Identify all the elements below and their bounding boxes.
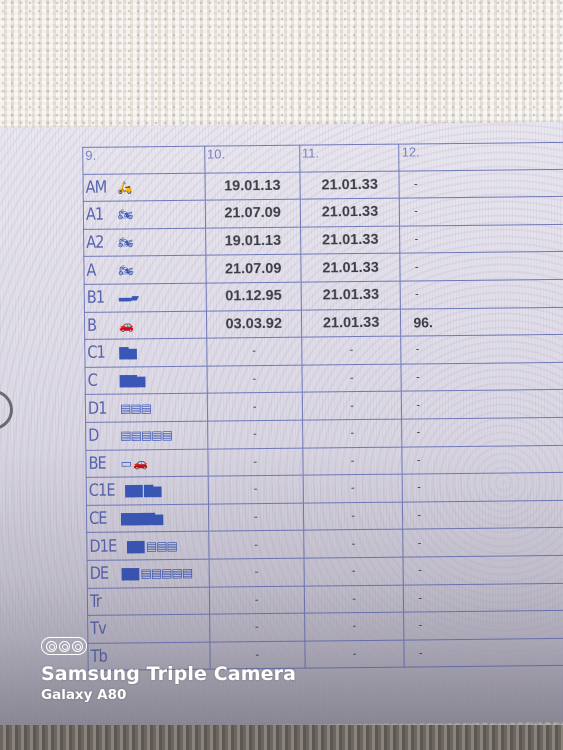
lens-icon <box>59 641 70 652</box>
motorcycle-icon: 🏍 <box>118 263 132 277</box>
category-cell: A2🏍 <box>84 228 206 257</box>
category-cell: A1🏍 <box>83 200 205 229</box>
valid-from-cell: - <box>207 365 302 394</box>
restrictions-cell: - <box>401 334 563 364</box>
restrictions-cell: - <box>400 196 563 226</box>
minibus-icon: ▤▤▤ <box>120 401 151 415</box>
valid-until-cell: 21.01.33 <box>300 171 400 200</box>
category-code: BE <box>88 453 110 473</box>
valid-from-cell: - <box>209 586 304 615</box>
category-code: C1E <box>89 481 115 501</box>
category-cell: D▤▤▤▤▤ <box>86 421 208 450</box>
category-cell: D1E▇▇ ▤▤▤ <box>87 531 209 560</box>
valid-from-cell: 03.03.92 <box>206 310 301 339</box>
valid-from-cell: - <box>207 392 302 421</box>
valid-until-cell: - <box>302 419 402 448</box>
category-code: B <box>87 316 109 336</box>
category-cell: CE▇▇▇▇▆ <box>86 504 208 533</box>
lens-icon <box>72 641 83 652</box>
category-cell: C▇▇▆ <box>85 366 207 395</box>
truck-trailer-icon: ▇▇▇▇▆ <box>121 511 162 525</box>
category-code: AM <box>86 178 108 198</box>
valid-until-cell: - <box>304 612 404 641</box>
category-code: D1 <box>88 398 110 418</box>
restrictions-cell: 96. <box>401 307 563 337</box>
valid-from-cell: - <box>207 420 302 449</box>
motorcycle-icon: 🏍 <box>118 235 132 249</box>
categories-table: 9. 10. 11. 12. AM🛵19.01.1321.01.33-A1🏍21… <box>82 142 563 672</box>
surface-edge <box>0 725 563 750</box>
restrictions-cell: - <box>403 500 563 530</box>
bus-icon: ▤▤▤▤▤ <box>120 428 172 443</box>
restrictions-cell: - <box>402 417 563 447</box>
category-code: D <box>88 426 110 446</box>
category-code: C <box>88 371 110 391</box>
triple-camera-icon <box>41 637 87 655</box>
category-code: Tr <box>90 591 112 611</box>
category-code: A1 <box>86 205 108 225</box>
camera-watermark: Samsung Triple Camera Galaxy A80 <box>41 637 296 703</box>
restrictions-cell: - <box>403 527 563 557</box>
valid-from-cell: - <box>208 475 303 504</box>
restrictions-cell: - <box>401 362 563 392</box>
category-cell: DE▇▇ ▤▤▤▤▤ <box>87 559 209 588</box>
car-icon: 🚗 <box>119 318 133 332</box>
restrictions-cell: - <box>403 555 563 585</box>
restrictions-cell: - <box>402 445 563 475</box>
category-cell: AM🛵 <box>83 173 205 202</box>
header-col-12: 12. <box>399 142 563 171</box>
quad-vehicle-icon: ▬▰ <box>119 291 138 305</box>
restrictions-cell: - <box>404 582 563 612</box>
valid-until-cell: - <box>303 474 403 503</box>
category-cell: B1▬▰ <box>84 283 206 312</box>
category-cell: C1E▇▇ ▇▆ <box>86 476 208 505</box>
category-cell: Tr <box>87 587 209 616</box>
valid-until-cell: - <box>303 447 403 476</box>
category-code: DE <box>90 564 112 584</box>
valid-until-cell: - <box>304 557 404 586</box>
valid-until-cell: - <box>304 585 404 614</box>
valid-from-cell: - <box>208 530 303 559</box>
valid-from-cell: 19.01.13 <box>205 172 300 201</box>
watermark-subtitle: Galaxy A80 <box>41 687 296 703</box>
valid-until-cell: 21.01.33 <box>301 309 401 338</box>
restrictions-cell: - <box>403 472 563 502</box>
restrictions-cell: - <box>402 389 563 419</box>
car-trailer-icon: ▭ 🚗 <box>120 456 147 470</box>
valid-from-cell: - <box>208 448 303 477</box>
category-cell: D1▤▤▤ <box>85 393 207 422</box>
light-truck-trailer-icon: ▇▇ ▇▆ <box>125 484 160 498</box>
restrictions-cell: - <box>404 610 563 640</box>
bus-trailer-icon: ▇▇ ▤▤▤▤▤ <box>122 566 193 581</box>
valid-until-cell: 21.01.33 <box>300 226 400 255</box>
valid-until-cell: - <box>302 364 402 393</box>
light-motorcycle-icon: 🏍 <box>118 208 132 222</box>
valid-until-cell: - <box>302 391 402 420</box>
category-code: C1 <box>87 343 109 363</box>
category-cell: C1▇▆ <box>85 338 207 367</box>
valid-from-cell: - <box>209 558 304 587</box>
category-code: CE <box>89 509 111 529</box>
category-cell: A🏍 <box>84 256 206 285</box>
restrictions-cell: - <box>400 251 563 281</box>
category-code: A2 <box>86 233 108 253</box>
category-cell: B🚗 <box>84 311 206 340</box>
valid-from-cell: - <box>206 337 301 366</box>
header-col-11: 11. <box>299 144 399 172</box>
header-col-9: 9. <box>83 146 205 174</box>
category-cell: BE▭ 🚗 <box>86 449 208 478</box>
watermark-title: Samsung Triple Camera <box>41 663 296 685</box>
valid-from-cell: 19.01.13 <box>205 227 300 256</box>
restrictions-cell: - <box>400 224 563 254</box>
valid-until-cell: - <box>303 502 403 531</box>
restrictions-cell: - <box>401 279 563 309</box>
valid-from-cell: 01.12.95 <box>206 282 301 311</box>
restrictions-cell: - <box>404 638 563 668</box>
valid-until-cell: - <box>303 529 403 558</box>
valid-from-cell: 21.07.09 <box>205 199 300 228</box>
header-col-10: 10. <box>204 145 299 173</box>
valid-until-cell: 21.01.33 <box>300 198 400 227</box>
truck-icon: ▇▇▆ <box>120 373 145 387</box>
valid-until-cell: 21.01.33 <box>301 253 401 282</box>
category-code: B1 <box>87 288 109 308</box>
restrictions-cell: - <box>399 169 563 199</box>
light-truck-icon: ▇▆ <box>119 346 136 360</box>
valid-until-cell: - <box>305 640 405 669</box>
category-code: A <box>86 260 108 280</box>
lens-icon <box>46 641 57 652</box>
valid-until-cell: 21.01.33 <box>301 281 401 310</box>
valid-from-cell: - <box>208 503 303 532</box>
valid-from-cell: 21.07.09 <box>206 255 301 284</box>
valid-until-cell: - <box>301 336 401 365</box>
minibus-trailer-icon: ▇▇ ▤▤▤ <box>127 539 177 554</box>
category-code: D1E <box>89 536 116 556</box>
moped-icon: 🛵 <box>118 180 132 194</box>
